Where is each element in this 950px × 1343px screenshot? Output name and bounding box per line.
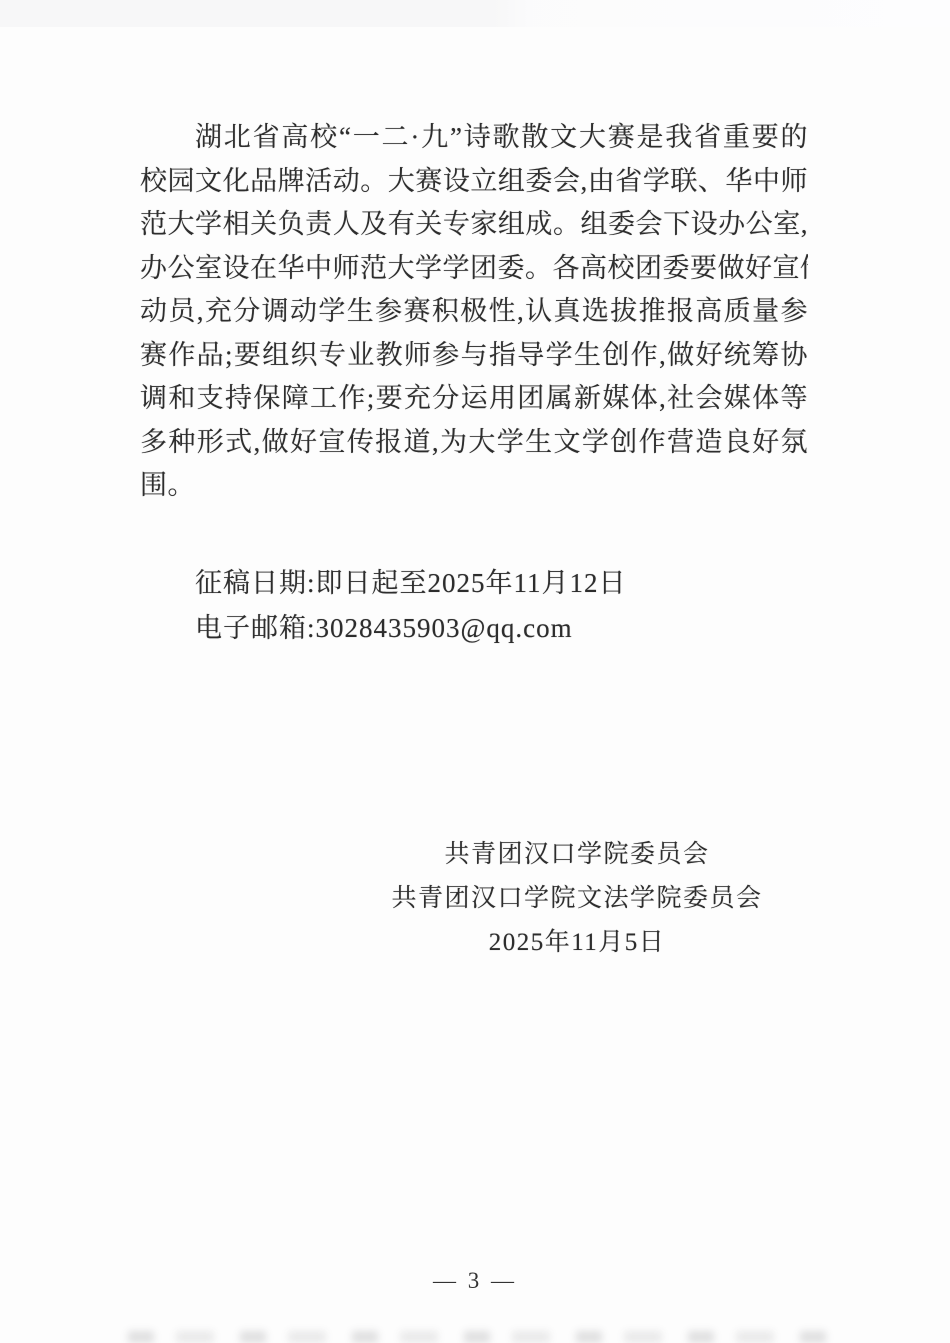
deadline-line: 征稿日期:即日起至2025年11月12日 <box>195 561 627 606</box>
paragraph-line: 赛作品;要组织专业教师参与指导学生创作,做好统筹协 <box>140 334 808 378</box>
email-line: 电子邮箱:3028435903@qq.com <box>195 606 627 651</box>
page-number: — 3 — <box>0 1268 950 1294</box>
scan-artifact-top-band <box>0 0 950 27</box>
signature-line-date: 2025年11月5日 <box>391 921 762 965</box>
document-page: 湖北省高校“一二·九”诗歌散文大赛是我省重要的 校园文化品牌活动。大赛设立组委会… <box>0 0 950 1343</box>
paragraph-line: 调和支持保障工作;要充分运用团属新媒体,社会媒体等 <box>140 377 808 421</box>
paragraph-line: 湖北省高校“一二·九”诗歌散文大赛是我省重要的 <box>140 116 808 160</box>
signature-line-committee: 共青团汉口学院委员会 <box>391 833 762 877</box>
paragraph-line: 围。 <box>140 464 808 508</box>
paragraph-line: 办公室设在华中师范大学学团委。各高校团委要做好宣传 <box>140 247 808 291</box>
paragraph-line: 多种形式,做好宣传报道,为大学生文学创作营造良好氛 <box>140 421 808 465</box>
signature-line-sub-committee: 共青团汉口学院文法学院委员会 <box>391 877 762 921</box>
scan-artifact-bottom-smudge <box>128 1331 830 1343</box>
paragraph-line: 动员,充分调动学生参赛积极性,认真选拔推报高质量参 <box>140 290 808 334</box>
paragraph-line: 校园文化品牌活动。大赛设立组委会,由省学联、华中师 <box>140 160 808 204</box>
submission-info: 征稿日期:即日起至2025年11月12日 电子邮箱:3028435903@qq.… <box>195 561 627 651</box>
signature-block: 共青团汉口学院委员会 共青团汉口学院文法学院委员会 2025年11月5日 <box>391 833 762 965</box>
paragraph-line: 范大学相关负责人及有关专家组成。组委会下设办公室, <box>140 203 808 247</box>
body-paragraph: 湖北省高校“一二·九”诗歌散文大赛是我省重要的 校园文化品牌活动。大赛设立组委会… <box>140 116 808 508</box>
